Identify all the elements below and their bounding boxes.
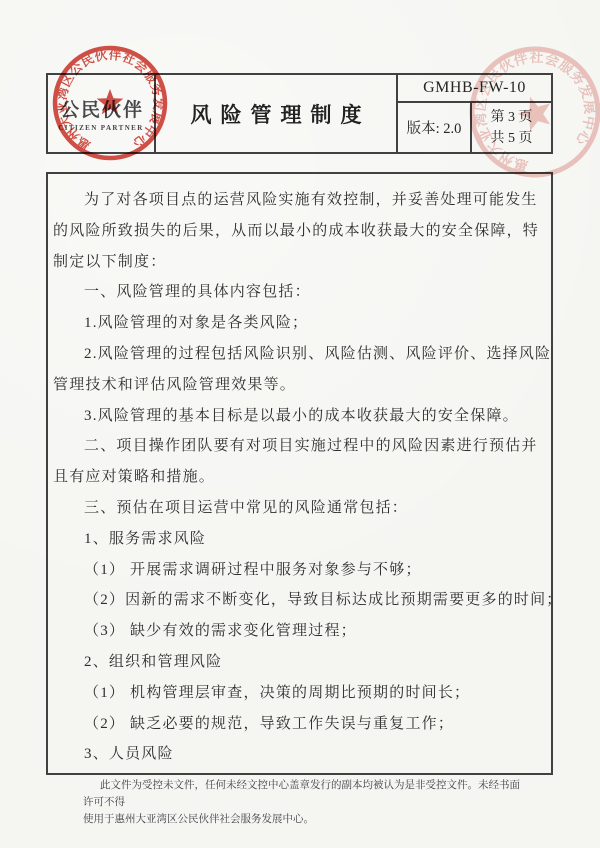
body-line: 管理技术和评估风险管理效果等。 <box>53 370 546 401</box>
body-line: 3、人员风险 <box>53 739 546 770</box>
footer-line: 此文件为受控未文件，任何未经文控中心盖章发行的副本均被认为是非受控文件。未经书面… <box>83 777 523 811</box>
document-number: GMHB-FW-10 <box>398 75 551 103</box>
body-line: 三、预估在项目运营中常见的风险通常包括： <box>53 493 546 524</box>
body-line: 且有应对策略和措施。 <box>53 462 546 493</box>
page-total: 共 5 页 <box>491 128 533 149</box>
body-line: 一、风险管理的具体内容包括： <box>53 277 546 308</box>
body-line: （3） 缺少有效的需求变化管理过程； <box>53 616 546 647</box>
body-line: 3.风险管理的基本目标是以最小的成本收获最大的安全保障。 <box>53 401 546 432</box>
title-cell: 风险管理制度 <box>156 75 398 152</box>
body-line: 2、组织和管理风险 <box>53 647 546 678</box>
org-logo-english: CITIZEN PARTNER <box>58 124 143 132</box>
document-page: 公民伙伴 CITIZEN PARTNER 风险管理制度 GMHB-FW-10 版… <box>0 0 600 848</box>
page-current: 第 3 页 <box>491 107 533 128</box>
body-line: （1） 开展需求调研过程中服务对象参与不够； <box>53 555 546 586</box>
header-meta-bottom-row: 版本: 2.0 第 3 页 共 5 页 <box>398 103 551 152</box>
page-indicator: 第 3 页 共 5 页 <box>472 103 551 152</box>
logo-cell: 公民伙伴 CITIZEN PARTNER <box>48 75 156 152</box>
body-line: （2） 缺乏必要的规范，导致工作失误与重复工作； <box>53 709 546 740</box>
control-notice-footer: 此文件为受控未文件，任何未经文控中心盖章发行的副本均被认为是非受控文件。未经书面… <box>83 777 523 828</box>
footer-line: 使用于惠州大亚湾区公民伙伴社会服务发展中心。 <box>83 811 523 828</box>
version-label: 版本: 2.0 <box>398 103 472 152</box>
body-line: 的风险所致损失的后果，从而以最小的成本收获最大的安全保障，特 <box>53 216 546 247</box>
body-line: 1、服务需求风险 <box>53 524 546 555</box>
body-line: 二、项目操作团队要有对项目实施过程中的风险因素进行预估并 <box>53 431 546 462</box>
header-meta-cell: GMHB-FW-10 版本: 2.0 第 3 页 共 5 页 <box>398 75 551 152</box>
document-header-table: 公民伙伴 CITIZEN PARTNER 风险管理制度 GMHB-FW-10 版… <box>46 73 553 154</box>
document-body-box: 为了对各项目点的运营风险实施有效控制，并妥善处理可能发生 的风险所致损失的后果，… <box>46 172 553 775</box>
org-logo: 公民伙伴 <box>58 95 144 122</box>
body-line: 为了对各项目点的运营风险实施有效控制，并妥善处理可能发生 <box>53 185 546 216</box>
body-line: 1.风险管理的对象是各类风险； <box>53 308 546 339</box>
document-title: 风险管理制度 <box>182 99 371 129</box>
body-line: 制定以下制度： <box>53 247 546 278</box>
body-line: （2）因新的需求不断变化，导致目标达成比预期需要更多的时间； <box>53 585 546 616</box>
body-line: 2.风险管理的过程包括风险识别、风险估测、风险评价、选择风险 <box>53 339 546 370</box>
body-line: （1） 机构管理层审查，决策的周期比预期的时间长； <box>53 678 546 709</box>
